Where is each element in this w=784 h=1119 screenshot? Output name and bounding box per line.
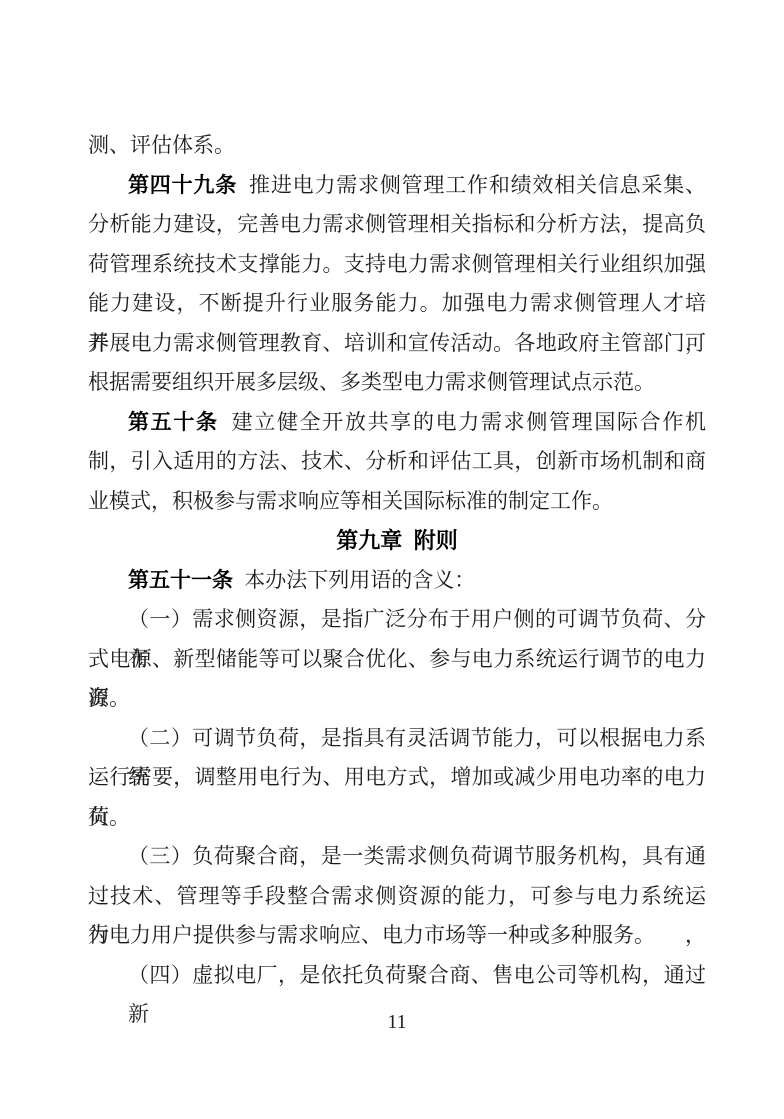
text-line: 根据需要组织开展多层级、多类型电力需求侧管理试点示范。: [88, 363, 706, 403]
line-text: 荷管理系统技术支撑能力。支持电力需求侧管理相关行业组织加强: [88, 252, 706, 276]
text-line: 第四十九条 推进电力需求侧管理工作和绩效相关信息采集、: [88, 166, 706, 206]
text-line: （四）虚拟电厂，是依托负荷聚合商、售电公司等机构，通过新: [88, 956, 706, 996]
text-line: 业模式，积极参与需求响应等相关国际标准的制定工作。: [88, 482, 706, 522]
line-text: （三）负荷聚合商，是一类需求侧负荷调节服务机构，具有通: [128, 844, 706, 868]
chapter-heading: 第九章 附则: [88, 521, 706, 561]
line-text: 为电力用户提供参与需求响应、电力市场等一种或多种服务。: [88, 923, 655, 947]
line-text: 测、评估体系。: [88, 133, 235, 157]
text-line: 荷。: [88, 798, 706, 838]
page-number: 11: [88, 1009, 706, 1035]
line-text: 本办法下列用语的含义：: [239, 568, 475, 592]
line-text: 分析能力建设，完善电力需求侧管理相关指标和分析方法，提高负: [88, 212, 706, 236]
line-text: 推进电力需求侧管理工作和绩效相关信息采集、: [243, 173, 706, 197]
text-line: 第五十条 建立健全开放共享的电力需求侧管理国际合作机: [88, 403, 706, 443]
text-line: 制，引入适用的方法、技术、分析和评估工具，创新市场机制和商: [88, 442, 706, 482]
line-text: 荷。: [88, 805, 130, 829]
line-text: 根据需要组织开展多层级、多类型电力需求侧管理试点示范。: [88, 370, 655, 394]
line-text: 源。: [88, 686, 130, 710]
text-line: 测、评估体系。: [88, 126, 706, 166]
text-line: 运行需要，调整用电行为、用电方式，增加或减少用电功率的电力负: [88, 758, 706, 798]
text-line: 荷管理系统技术支撑能力。支持电力需求侧管理相关行业组织加强: [88, 245, 706, 285]
article-number: 第五十条: [128, 410, 219, 434]
article-number: 第四十九条: [128, 173, 237, 197]
document-page: 测、评估体系。第四十九条 推进电力需求侧管理工作和绩效相关信息采集、分析能力建设…: [0, 0, 784, 1119]
text-line: 第五十一条 本办法下列用语的含义：: [88, 561, 706, 601]
text-line: （二）可调节负荷，是指具有灵活调节能力，可以根据电力系统: [88, 719, 706, 759]
document-body: 测、评估体系。第四十九条 推进电力需求侧管理工作和绩效相关信息采集、分析能力建设…: [88, 126, 706, 995]
text-line: 式电源、新型储能等可以聚合优化、参与电力系统运行调节的电力资: [88, 640, 706, 680]
line-text: 建立健全开放共享的电力需求侧管理国际合作机: [225, 410, 706, 434]
chapter-heading-text: 第九章 附则: [336, 528, 458, 553]
text-line: 为电力用户提供参与需求响应、电力市场等一种或多种服务。: [88, 916, 706, 956]
line-text: 开展电力需求侧管理教育、培训和宣传活动。各地政府主管部门可: [88, 331, 706, 355]
line-text: 制，引入适用的方法、技术、分析和评估工具，创新市场机制和商: [88, 449, 706, 473]
text-line: （三）负荷聚合商，是一类需求侧负荷调节服务机构，具有通: [88, 837, 706, 877]
text-line: 开展电力需求侧管理教育、培训和宣传活动。各地政府主管部门可: [88, 324, 706, 364]
line-text: 业模式，积极参与需求响应等相关国际标准的制定工作。: [88, 489, 613, 513]
article-number: 第五十一条: [128, 568, 233, 592]
text-line: 过技术、管理等手段整合需求侧资源的能力，可参与电力系统运行，: [88, 877, 706, 917]
text-line: （一）需求侧资源，是指广泛分布于用户侧的可调节负荷、分布: [88, 600, 706, 640]
text-line: 能力建设，不断提升行业服务能力。加强电力需求侧管理人才培养，: [88, 284, 706, 324]
text-line: 分析能力建设，完善电力需求侧管理相关指标和分析方法，提高负: [88, 205, 706, 245]
text-line: 源。: [88, 679, 706, 719]
